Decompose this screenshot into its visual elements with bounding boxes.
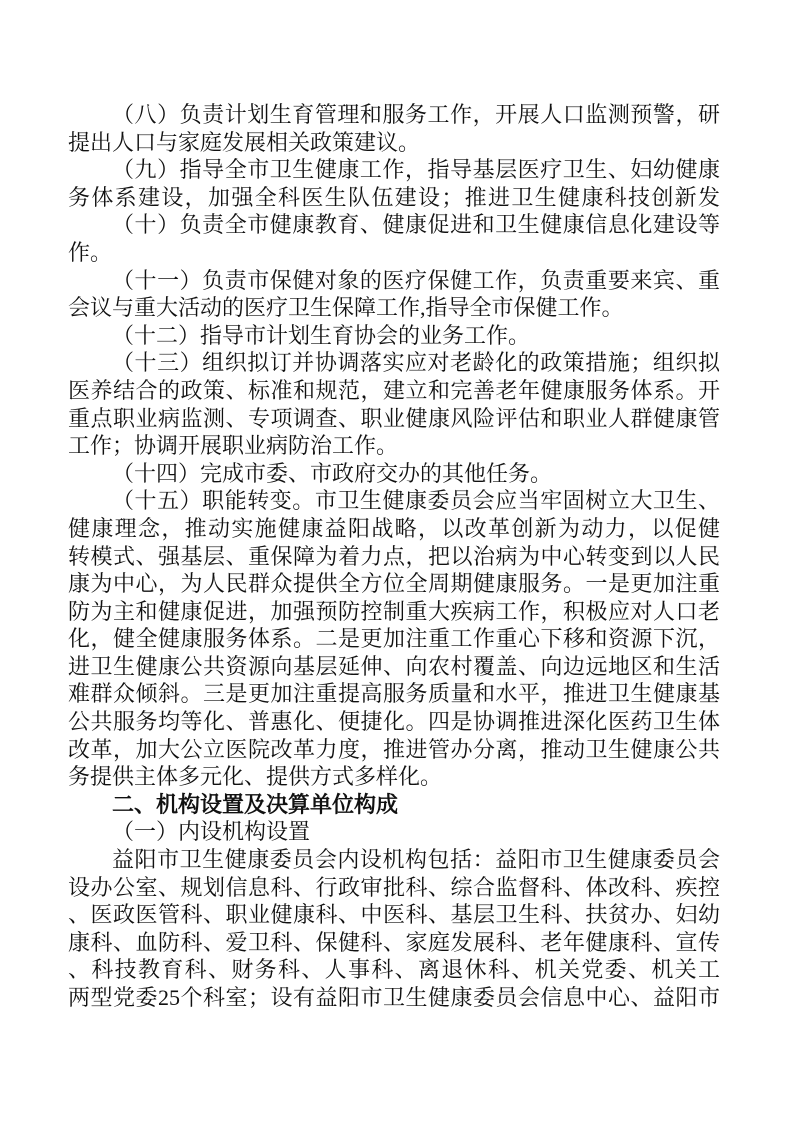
document-line: （一）内设机构设置 xyxy=(68,818,720,846)
document-line: 作。 xyxy=(68,239,720,267)
document-line: （十三）组织拟订并协调落实应对老龄化的政策措施；组织拟订 xyxy=(68,349,720,377)
document-line: 健康理念，推动实施健康益阳战略，以改革创新为动力，以促健康、 xyxy=(68,515,720,543)
document-line: 公共服务均等化、普惠化、便捷化。四是协调推进深化医药卫生体制 xyxy=(68,708,720,736)
document-line: 转模式、强基层、重保障为着力点，把以治病为中心转变到以人民健 xyxy=(68,543,720,571)
document-line: 化，健全健康服务体系。二是更加注重工作重心下移和资源下沉，推 xyxy=(68,625,720,653)
document-line: 会议与重大活动的医疗卫生保障工作,指导全市保健工作。 xyxy=(68,294,720,322)
document-line: （十）负责全市健康教育、健康促进和卫生健康信息化建设等工 xyxy=(68,211,720,239)
document-line: 、科技教育科、财务科、人事科、离退休科、机关党委、机关工委、 xyxy=(68,956,720,984)
document-line: （十二）指导市计划生育协会的业务工作。 xyxy=(68,322,720,350)
document-line: 务提供主体多元化、提供方式多样化。 xyxy=(68,763,720,791)
document-line: 防为主和健康促进，加强预防控制重大疾病工作，积极应对人口老龄 xyxy=(68,598,720,626)
document-line: 进卫生健康公共资源向基层延伸、向农村覆盖、向边远地区和生活困 xyxy=(68,653,720,681)
document-line: （十五）职能转变。市卫生健康委员会应当牢固树立大卫生、大 xyxy=(68,487,720,515)
document-line: （十一）负责市保健对象的医疗保健工作，负责重要来宾、重要 xyxy=(68,267,720,295)
document-line: 、医政医管科、职业健康科、中医科、基层卫生科、扶贫办、妇幼健 xyxy=(68,901,720,929)
document-line: 康为中心，为人民群众提供全方位全周期健康服务。一是更加注重预 xyxy=(68,570,720,598)
document-text-block: （八）负责计划生育管理和服务工作，开展人口监测预警，研究提出人口与家庭发展相关政… xyxy=(68,101,720,1012)
document-line: 康科、血防科、爱卫科、保健科、家庭发展科、老年健康科、宣传科 xyxy=(68,929,720,957)
section-heading-line: 二、机构设置及决算单位构成 xyxy=(68,791,720,819)
document-page: （八）负责计划生育管理和服务工作，开展人口监测预警，研究提出人口与家庭发展相关政… xyxy=(0,0,793,1122)
document-line: （八）负责计划生育管理和服务工作，开展人口监测预警，研究 xyxy=(68,101,720,129)
document-line: （十四）完成市委、市政府交办的其他任务。 xyxy=(68,460,720,488)
document-line: 改革，加大公立医院改革力度，推进管办分离，推动卫生健康公共服 xyxy=(68,736,720,764)
document-line: 重点职业病监测、专项调查、职业健康风险评估和职业人群健康管理 xyxy=(68,405,720,433)
document-line: 务体系建设，加强全科医生队伍建设；推进卫生健康科技创新发展。 xyxy=(68,184,720,212)
document-line: 设办公室、规划信息科、行政审批科、综合监督科、体改科、疾控科 xyxy=(68,874,720,902)
document-line: 工作；协调开展职业病防治工作。 xyxy=(68,432,720,460)
document-line: （九）指导全市卫生健康工作，指导基层医疗卫生、妇幼健康服 xyxy=(68,156,720,184)
document-line: 医养结合的政策、标准和规范，建立和完善老年健康服务体系。开展 xyxy=(68,377,720,405)
document-line: 难群众倾斜。三是更加注重提高服务质量和水平，推进卫生健康基本 xyxy=(68,680,720,708)
document-line: 提出人口与家庭发展相关政策建议。 xyxy=(68,129,720,157)
document-line: 两型党委25个科室；设有益阳市卫生健康委员会信息中心、益阳市卫 xyxy=(68,984,720,1012)
document-line: 益阳市卫生健康委员会内设机构包括：益阳市卫生健康委员会内 xyxy=(68,846,720,874)
